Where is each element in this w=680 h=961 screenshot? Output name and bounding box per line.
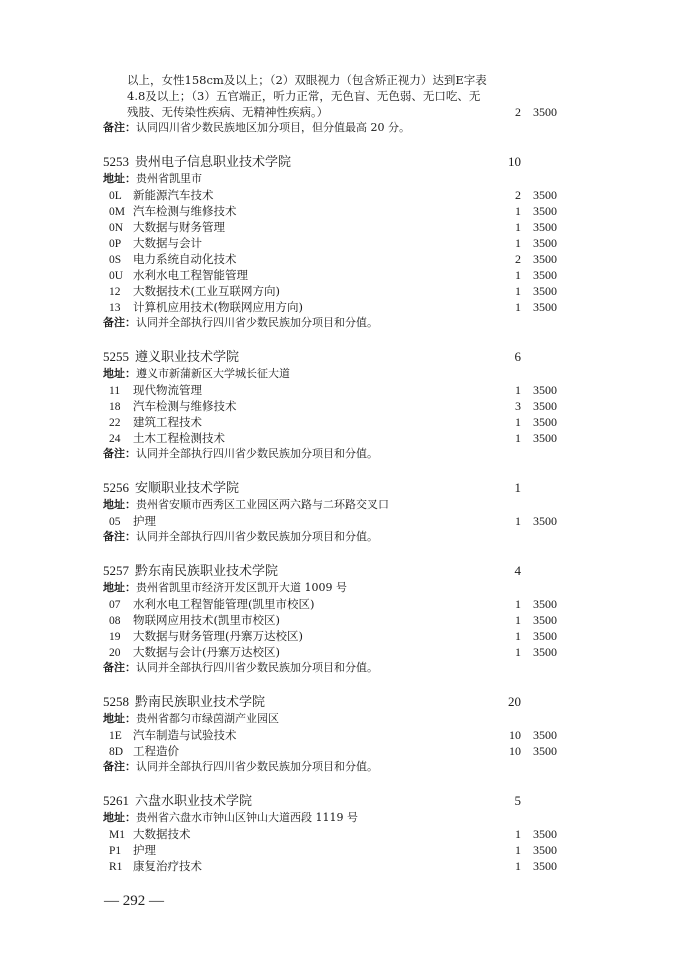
institution-header: 5258黔南民族职业技术学院 20 [103, 692, 573, 711]
address-label: 地址： [103, 811, 136, 824]
major-code: 22 [109, 415, 129, 431]
continuation-text: 残肢、无传染性疾病、无精神性疾病。） [127, 105, 328, 119]
major-code: 13 [109, 300, 129, 316]
institution-name: 安顺职业技术学院 [135, 481, 239, 496]
major-code: 08 [109, 613, 129, 629]
note-label: 备注： [103, 447, 136, 460]
page-number: — 292 — [104, 893, 164, 910]
major-code: 1E [109, 728, 129, 744]
major-fee: 3500 [533, 235, 557, 251]
major-fee: 3500 [533, 219, 557, 235]
major-row: 0P大数据与会计13500 [103, 235, 573, 251]
major-count: 1 [515, 283, 521, 299]
institution-block: 5261六盘水职业技术学院 5 地址：贵州省六盘水市钟山区钟山大道西段 1119… [103, 791, 573, 874]
major-fee: 3500 [533, 414, 557, 430]
major-name: 物联网应用技术(凯里市校区) [133, 613, 280, 627]
major-code: 19 [109, 629, 129, 645]
institution-code: 5253 [103, 154, 129, 169]
major-row: 12大数据技术(工业互联网方向)13500 [103, 283, 573, 299]
major-row: 24土木工程检测技术13500 [103, 430, 573, 446]
major-count: 2 [515, 104, 521, 120]
institution-code: 5257 [103, 563, 129, 578]
address-text: 贵州省安顺市西秀区工业园区两六路与二环路交叉口 [136, 498, 389, 511]
institution-name: 黔南民族职业技术学院 [135, 695, 265, 710]
major-fee: 3500 [533, 430, 557, 446]
major-name: 大数据技术 [133, 827, 191, 841]
major-name: 新能源汽车技术 [133, 188, 214, 202]
major-code: 18 [109, 399, 129, 415]
institution-total: 10 [508, 152, 521, 171]
institution-code: 5261 [103, 793, 129, 808]
institution-block: 5256安顺职业技术学院 1 地址：贵州省安顺市西秀区工业园区两六路与二环路交叉… [103, 478, 573, 545]
address-label: 地址： [103, 367, 136, 380]
major-row: 05护理13500 [103, 513, 573, 529]
note-text: 认同并全部执行四川省少数民族加分项目和分值。 [136, 760, 378, 773]
major-count: 1 [515, 596, 521, 612]
major-count: 1 [515, 414, 521, 430]
major-name: 现代物流管理 [133, 383, 202, 397]
major-fee: 3500 [533, 743, 557, 759]
major-fee: 3500 [533, 727, 557, 743]
institution-code: 5255 [103, 349, 129, 364]
major-name: 汽车检测与维修技术 [133, 399, 237, 413]
major-fee: 3500 [533, 203, 557, 219]
continuation-line: 残肢、无传染性疾病、无精神性疾病。） 2 3500 [103, 104, 573, 120]
major-fee: 3500 [533, 267, 557, 283]
institution-name: 遵义职业技术学院 [135, 350, 239, 365]
note-text: 认同四川省少数民族地区加分项目，但分值最高 20 分。 [136, 121, 410, 134]
address-label: 地址： [103, 498, 136, 511]
major-fee: 3500 [533, 644, 557, 660]
page-content: 以上，女性158cm及以上；（2）双眼视力（包含矫正视力）达到E字表 4.8及以… [103, 72, 573, 874]
major-count: 1 [515, 219, 521, 235]
major-fee: 3500 [533, 299, 557, 315]
major-fee: 3500 [533, 187, 557, 203]
major-name: 大数据与会计(丹寨万达校区) [133, 645, 280, 659]
note-text: 认同并全部执行四川省少数民族加分项目和分值。 [136, 447, 378, 460]
major-code: 20 [109, 645, 129, 661]
institution-total: 5 [515, 791, 522, 810]
major-code: 0N [109, 220, 129, 236]
major-count: 1 [515, 644, 521, 660]
major-name: 计算机应用技术(物联网应用方向) [133, 300, 303, 314]
major-name: 汽车检测与维修技术 [133, 204, 237, 218]
institution-header: 5255遵义职业技术学院 6 [103, 347, 573, 366]
major-count: 1 [515, 267, 521, 283]
note-line: 备注：认同四川省少数民族地区加分项目，但分值最高 20 分。 [103, 120, 573, 136]
major-fee: 3500 [533, 283, 557, 299]
major-count: 10 [509, 727, 521, 743]
institution-name: 黔东南民族职业技术学院 [135, 564, 278, 579]
note-line: 备注：认同并全部执行四川省少数民族加分项目和分值。 [103, 315, 573, 331]
note-text: 认同并全部执行四川省少数民族加分项目和分值。 [136, 316, 378, 329]
major-fee: 3500 [533, 513, 557, 529]
major-count: 1 [515, 203, 521, 219]
institution-block: 5255遵义职业技术学院 6 地址：遵义市新蒲新区大学城长征大道 11现代物流管… [103, 347, 573, 462]
major-count: 1 [515, 826, 521, 842]
major-row: 0L新能源汽车技术23500 [103, 187, 573, 203]
major-code: 0U [109, 268, 129, 284]
major-row: 22建筑工程技术13500 [103, 414, 573, 430]
major-row: 08物联网应用技术(凯里市校区)13500 [103, 612, 573, 628]
major-name: 汽车制造与试验技术 [133, 728, 237, 742]
major-name: 康复治疗技术 [133, 859, 202, 873]
major-row: M1大数据技术13500 [103, 826, 573, 842]
major-name: 水利水电工程智能管理(凯里市校区) [133, 597, 314, 611]
note-label: 备注： [103, 661, 136, 674]
major-fee: 3500 [533, 612, 557, 628]
major-fee: 3500 [533, 842, 557, 858]
institution-total: 4 [515, 561, 522, 580]
major-count: 3 [515, 398, 521, 414]
institution-code: 5256 [103, 480, 129, 495]
major-name: 大数据与财务管理 [133, 220, 225, 234]
major-fee: 3500 [533, 628, 557, 644]
institution-header: 5257黔东南民族职业技术学院 4 [103, 561, 573, 580]
major-count: 1 [515, 612, 521, 628]
address-line: 地址：贵州省凯里市 [103, 171, 573, 187]
major-name: 土木工程检测技术 [133, 431, 225, 445]
address-line: 地址：贵州省凯里市经济开发区凯开大道 1009 号 [103, 580, 573, 596]
major-name: 电力系统自动化技术 [133, 252, 237, 266]
major-count: 1 [515, 430, 521, 446]
institution-block: 5258黔南民族职业技术学院 20 地址：贵州省都匀市绿茵湖产业园区 1E汽车制… [103, 692, 573, 775]
address-label: 地址： [103, 712, 136, 725]
major-count: 1 [515, 842, 521, 858]
note-label: 备注： [103, 121, 136, 134]
major-row: 07水利水电工程智能管理(凯里市校区)13500 [103, 596, 573, 612]
note-text: 认同并全部执行四川省少数民族加分项目和分值。 [136, 530, 378, 543]
major-name: 大数据与财务管理(丹寨万达校区) [133, 629, 303, 643]
major-name: 大数据技术(工业互联网方向) [133, 284, 280, 298]
major-count: 1 [515, 235, 521, 251]
major-code: 12 [109, 284, 129, 300]
major-code: 05 [109, 514, 129, 530]
major-fee: 3500 [533, 104, 557, 120]
major-row: 1E汽车制造与试验技术103500 [103, 727, 573, 743]
major-fee: 3500 [533, 596, 557, 612]
major-row: 0S电力系统自动化技术23500 [103, 251, 573, 267]
major-count: 1 [515, 299, 521, 315]
address-text: 贵州省都匀市绿茵湖产业园区 [136, 712, 279, 725]
major-code: 0M [109, 204, 129, 220]
major-code: 0L [109, 188, 129, 204]
address-line: 地址：遵义市新蒲新区大学城长征大道 [103, 366, 573, 382]
major-code: 0P [109, 236, 129, 252]
address-line: 地址：贵州省都匀市绿茵湖产业园区 [103, 711, 573, 727]
note-label: 备注： [103, 530, 136, 543]
major-row: R1康复治疗技术13500 [103, 858, 573, 874]
continuation-line: 以上，女性158cm及以上；（2）双眼视力（包含矫正视力）达到E字表 [103, 72, 573, 88]
major-code: P1 [109, 843, 129, 859]
note-line: 备注：认同并全部执行四川省少数民族加分项目和分值。 [103, 660, 573, 676]
address-text: 遵义市新蒲新区大学城长征大道 [136, 367, 290, 380]
major-name: 水利水电工程智能管理 [133, 268, 248, 282]
institution-header: 5261六盘水职业技术学院 5 [103, 791, 573, 810]
continuation-line: 4.8及以上；（3）五官端正，听力正常，无色盲、无色弱、无口吃、无 [103, 88, 573, 104]
note-text: 认同并全部执行四川省少数民族加分项目和分值。 [136, 661, 378, 674]
major-code: 07 [109, 597, 129, 613]
major-row: 13计算机应用技术(物联网应用方向)13500 [103, 299, 573, 315]
note-label: 备注： [103, 316, 136, 329]
major-name: 护理 [133, 514, 156, 528]
address-text: 贵州省六盘水市钟山区钟山大道西段 1119 号 [136, 811, 358, 824]
major-row: 19大数据与财务管理(丹寨万达校区)13500 [103, 628, 573, 644]
institution-block: 5257黔东南民族职业技术学院 4 地址：贵州省凯里市经济开发区凯开大道 100… [103, 561, 573, 676]
major-code: 0S [109, 252, 129, 268]
institution-header: 5253贵州电子信息职业技术学院 10 [103, 152, 573, 171]
major-fee: 3500 [533, 826, 557, 842]
institution-block: 5253贵州电子信息职业技术学院 10 地址：贵州省凯里市 0L新能源汽车技术2… [103, 152, 573, 331]
major-fee: 3500 [533, 382, 557, 398]
major-name: 工程造价 [133, 744, 179, 758]
major-fee: 3500 [533, 251, 557, 267]
major-row: 8D工程造价103500 [103, 743, 573, 759]
major-count: 2 [515, 251, 521, 267]
major-code: R1 [109, 859, 129, 875]
note-line: 备注：认同并全部执行四川省少数民族加分项目和分值。 [103, 529, 573, 545]
major-row: 0N大数据与财务管理13500 [103, 219, 573, 235]
major-row: P1护理13500 [103, 842, 573, 858]
major-count: 1 [515, 382, 521, 398]
major-name: 建筑工程技术 [133, 415, 202, 429]
major-count: 1 [515, 628, 521, 644]
major-name: 护理 [133, 843, 156, 857]
institution-name: 六盘水职业技术学院 [135, 794, 252, 809]
major-row: 0U水利水电工程智能管理13500 [103, 267, 573, 283]
major-code: M1 [109, 827, 129, 843]
address-text: 贵州省凯里市经济开发区凯开大道 1009 号 [136, 581, 347, 594]
major-count: 1 [515, 513, 521, 529]
institution-total: 6 [515, 347, 522, 366]
institution-name: 贵州电子信息职业技术学院 [135, 155, 291, 170]
major-count: 2 [515, 187, 521, 203]
major-count: 1 [515, 858, 521, 874]
major-code: 11 [109, 383, 129, 399]
major-row: 18汽车检测与维修技术33500 [103, 398, 573, 414]
address-label: 地址： [103, 581, 136, 594]
major-row: 20大数据与会计(丹寨万达校区)13500 [103, 644, 573, 660]
major-row: 11现代物流管理13500 [103, 382, 573, 398]
major-row: 0M汽车检测与维修技术13500 [103, 203, 573, 219]
address-line: 地址：贵州省安顺市西秀区工业园区两六路与二环路交叉口 [103, 497, 573, 513]
address-text: 贵州省凯里市 [136, 172, 202, 185]
note-line: 备注：认同并全部执行四川省少数民族加分项目和分值。 [103, 759, 573, 775]
institution-total: 20 [508, 692, 521, 711]
major-fee: 3500 [533, 398, 557, 414]
institution-header: 5256安顺职业技术学院 1 [103, 478, 573, 497]
note-line: 备注：认同并全部执行四川省少数民族加分项目和分值。 [103, 446, 573, 462]
address-line: 地址：贵州省六盘水市钟山区钟山大道西段 1119 号 [103, 810, 573, 826]
major-code: 24 [109, 431, 129, 447]
institution-total: 1 [515, 478, 522, 497]
major-fee: 3500 [533, 858, 557, 874]
major-code: 8D [109, 744, 129, 760]
continuation-block: 以上，女性158cm及以上；（2）双眼视力（包含矫正视力）达到E字表 4.8及以… [103, 72, 573, 136]
major-count: 10 [509, 743, 521, 759]
address-label: 地址： [103, 172, 136, 185]
note-label: 备注： [103, 760, 136, 773]
institution-code: 5258 [103, 694, 129, 709]
major-name: 大数据与会计 [133, 236, 202, 250]
